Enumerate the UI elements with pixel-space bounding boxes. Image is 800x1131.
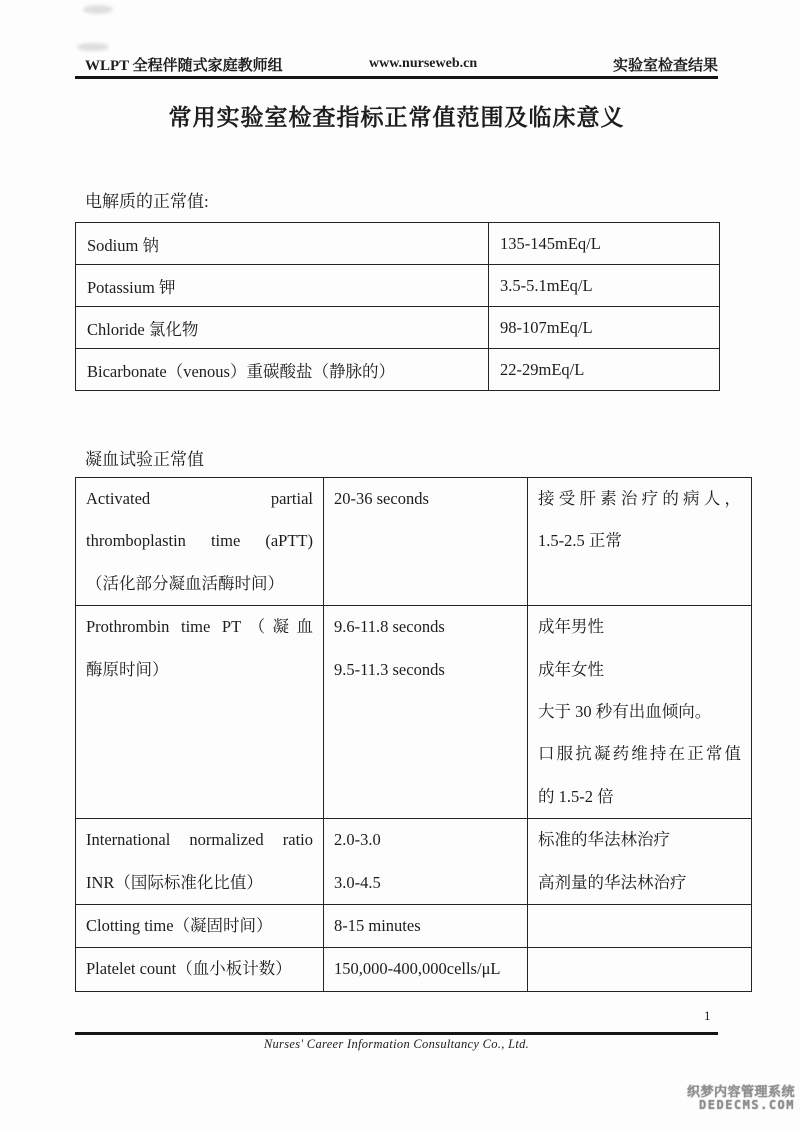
cell-test: Prothrombin time PT（凝血 酶原时间） [76, 606, 324, 819]
test-line: （活化部分凝血活酶时间） [86, 563, 313, 605]
table-row: Chloride 氯化物 98-107mEq/L [76, 307, 720, 349]
cell-test: Potassium 钾 [76, 265, 489, 307]
header-left-text: WLPT 全程伴随式家庭教师组 [85, 54, 283, 75]
scan-artifact-smudge [77, 43, 109, 51]
cell-test: Platelet count（血小板计数） [76, 948, 324, 991]
table-row: Sodium 钠 135-145mEq/L [76, 223, 720, 265]
table-row: Clotting time（凝固时间） 8-15 minutes [76, 905, 752, 948]
cell-test: Chloride 氯化物 [76, 307, 489, 349]
meaning-line: 成年女性 [538, 649, 741, 691]
cell-range: 20-36 seconds [324, 478, 528, 606]
cell-meaning-empty [528, 948, 752, 991]
range-line: 9.5-11.3 seconds [334, 649, 517, 691]
cell-test: Clotting time（凝固时间） [76, 905, 324, 948]
cell-test: Bicarbonate（venous）重碳酸盐（静脉的） [76, 349, 489, 391]
meaning-line: 口服抗凝药维持在正常值 [538, 733, 741, 775]
section-coagulation-heading: 凝血试验正常值 [85, 445, 204, 470]
header-divider [75, 76, 718, 79]
test-line: Prothrombin time PT（凝血 [86, 606, 313, 648]
cell-meaning-empty [528, 905, 752, 948]
test-line: International normalized ratio [86, 819, 313, 861]
table-row: Platelet count（血小板计数） 150,000-400,000cel… [76, 948, 752, 991]
meaning-line: 的 1.5-2 倍 [538, 776, 741, 818]
electrolytes-table: Sodium 钠 135-145mEq/L Potassium 钾 3.5-5.… [75, 222, 720, 391]
cell-range: 9.6-11.8 seconds 9.5-11.3 seconds [324, 606, 528, 819]
document-page: WLPT 全程伴随式家庭教师组 www.nurseweb.cn 实验室检查结果 … [0, 0, 800, 1131]
table-row: Bicarbonate（venous）重碳酸盐（静脉的） 22-29mEq/L [76, 349, 720, 391]
footer-divider [75, 1032, 718, 1035]
range-line: 20-36 seconds [334, 478, 517, 520]
header-center-url: www.nurseweb.cn [369, 56, 477, 72]
cell-range: 2.0-3.0 3.0-4.5 [324, 819, 528, 905]
test-line: thromboplastin time (aPTT) [86, 520, 313, 562]
meaning-line: 成年男性 [538, 606, 741, 648]
coagulation-table: Activated partial thromboplastin time (a… [75, 477, 752, 992]
dedecms-watermark: 织梦内容管理系统 DEDECMS.COM [687, 1086, 795, 1112]
test-line: Clotting time（凝固时间） [86, 905, 313, 947]
cell-test: Sodium 钠 [76, 223, 489, 265]
cell-meaning: 标准的华法林治疗 高剂量的华法林治疗 [528, 819, 752, 905]
range-line: 150,000-400,000cells/μL [334, 948, 517, 990]
watermark-line-en: DEDECMS.COM [687, 1099, 795, 1112]
cell-range: 8-15 minutes [324, 905, 528, 948]
page-title: 常用实验室检查指标正常值范围及临床意义 [75, 99, 718, 132]
table-row: International normalized ratio INR（国际标准化… [76, 819, 752, 905]
range-line: 9.6-11.8 seconds [334, 606, 517, 648]
page-number: 1 [704, 1008, 711, 1024]
footer-company-name: Nurses' Career Information Consultancy C… [75, 1037, 718, 1052]
cell-range: 135-145mEq/L [489, 223, 720, 265]
test-line: INR（国际标准化比值） [86, 862, 313, 904]
cell-test: International normalized ratio INR（国际标准化… [76, 819, 324, 905]
range-line: 8-15 minutes [334, 905, 517, 947]
meaning-line: 高剂量的华法林治疗 [538, 862, 741, 904]
cell-range: 22-29mEq/L [489, 349, 720, 391]
cell-meaning: 成年男性 成年女性 大于 30 秒有出血倾向。 口服抗凝药维持在正常值 的 1.… [528, 606, 752, 819]
table-row: Activated partial thromboplastin time (a… [76, 478, 752, 606]
meaning-line: 大于 30 秒有出血倾向。 [538, 691, 741, 733]
cell-meaning: 接受肝素治疗的病人， 1.5-2.5 正常 [528, 478, 752, 606]
meaning-line: 1.5-2.5 正常 [538, 520, 741, 562]
cell-range: 98-107mEq/L [489, 307, 720, 349]
meaning-line: 接受肝素治疗的病人， [538, 478, 741, 520]
range-line: 2.0-3.0 [334, 819, 517, 861]
test-line: Platelet count（血小板计数） [86, 948, 313, 990]
test-line: 酶原时间） [86, 649, 313, 691]
cell-range: 150,000-400,000cells/μL [324, 948, 528, 991]
section-electrolytes-heading: 电解质的正常值: [85, 187, 209, 212]
range-line: 3.0-4.5 [334, 862, 517, 904]
cell-range: 3.5-5.1mEq/L [489, 265, 720, 307]
table-row: Prothrombin time PT（凝血 酶原时间） 9.6-11.8 se… [76, 606, 752, 819]
cell-test: Activated partial thromboplastin time (a… [76, 478, 324, 606]
header-right-text: 实验室检查结果 [613, 54, 718, 75]
meaning-line: 标准的华法林治疗 [538, 819, 741, 861]
test-line: Activated partial [86, 478, 313, 520]
table-row: Potassium 钾 3.5-5.1mEq/L [76, 265, 720, 307]
scan-artifact-smudge [83, 5, 113, 14]
